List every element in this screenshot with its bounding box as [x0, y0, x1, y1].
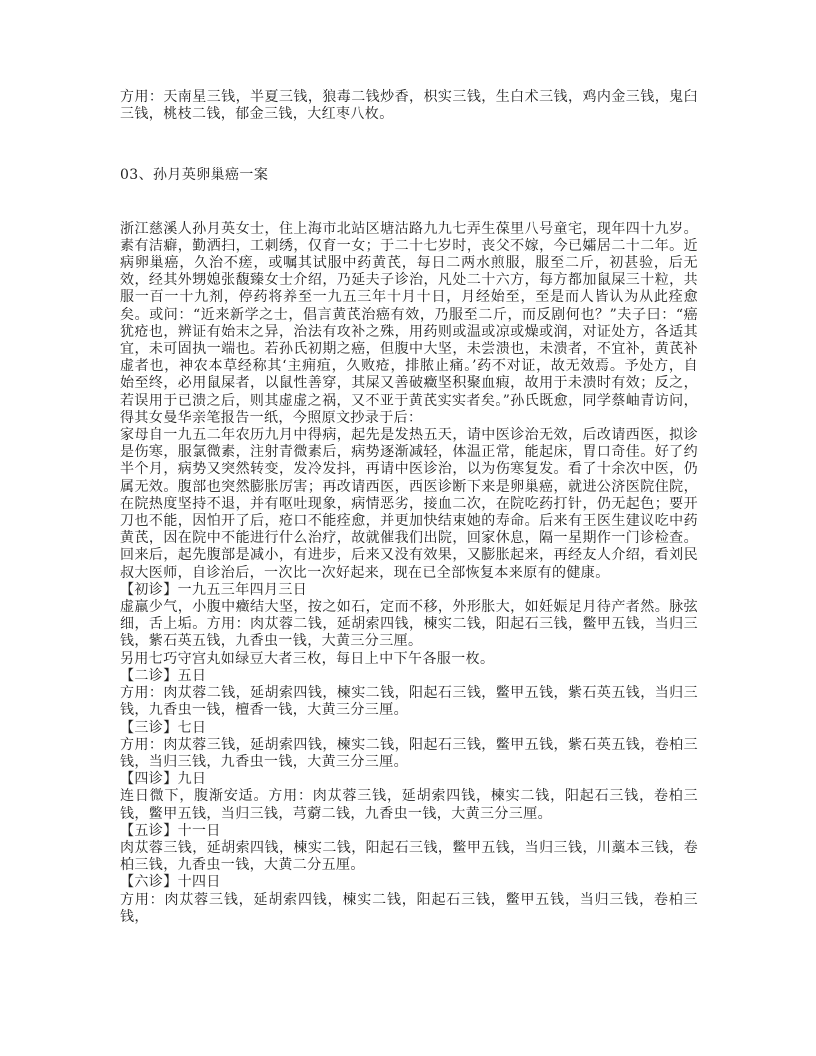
- visit-heading-first: 【初诊】一九五三年四月三日: [120, 582, 698, 599]
- case-narrative: 浙江慈溪人孙月英女士，住上海市北站区塘沽路九九七弄生葆里八号童宅，现年四十九岁。…: [120, 221, 698, 427]
- visit-heading-fifth: 【五诊】十一日: [120, 823, 698, 840]
- document-page: 方用：天南星三钱，半夏三钱，狼毒二钱炒香，枳实三钱，生白术三钱，鸡内金三钱，鬼臼…: [0, 0, 816, 1056]
- case-title: 03、孙月英卵巢癌一案: [120, 167, 698, 184]
- document-content: 方用：天南星三钱，半夏三钱，狼毒二钱炒香，枳实三钱，生白术三钱，鸡内金三钱，鬼臼…: [120, 89, 698, 926]
- daughter-report: 家母自一九五二年农历九月中得病，起先是发热五天，请中医诊治无效，后改请西医，拟诊…: [120, 427, 698, 582]
- visit-body-fifth: 肉苁蓉三钱，延胡索四钱，楝实二钱，阳起石三钱，鳖甲五钱，当归三钱，川藁本三钱，卷…: [120, 840, 698, 874]
- visit-heading-sixth: 【六诊】十四日: [120, 874, 698, 891]
- visit-heading-third: 【三诊】七日: [120, 720, 698, 737]
- pill-instruction: 另用七巧守宫丸如绿豆大者三枚，每日上中下午各服一枚。: [120, 651, 698, 668]
- visit-body-first: 虚羸少气，小腹中癥结大坚，按之如石，定而不移，外形胀大，如妊娠足月待产者然。脉弦…: [120, 599, 698, 651]
- visit-heading-fourth: 【四诊】九日: [120, 771, 698, 788]
- prescription-continuation: 方用：天南星三钱，半夏三钱，狼毒二钱炒香，枳实三钱，生白术三钱，鸡内金三钱，鬼臼…: [120, 89, 698, 123]
- visit-body-third: 方用：肉苁蓉三钱，延胡索四钱，楝实二钱，阳起石三钱，鳖甲五钱，紫石英五钱，卷柏三…: [120, 737, 698, 771]
- visit-body-second: 方用：肉苁蓉二钱，延胡索四钱，楝实二钱，阳起石三钱，鳖甲五钱，紫石英五钱，当归三…: [120, 685, 698, 719]
- visit-heading-second: 【二诊】五日: [120, 668, 698, 685]
- visit-body-fourth: 连日微下，腹渐安适。方用：肉苁蓉三钱，延胡索四钱，楝实二钱，阳起石三钱，卷柏三钱…: [120, 788, 698, 822]
- visit-body-sixth: 方用：肉苁蓉三钱，延胡索四钱，楝实二钱，阳起石三钱，鳖甲五钱，当归三钱，卷柏三钱…: [120, 892, 698, 926]
